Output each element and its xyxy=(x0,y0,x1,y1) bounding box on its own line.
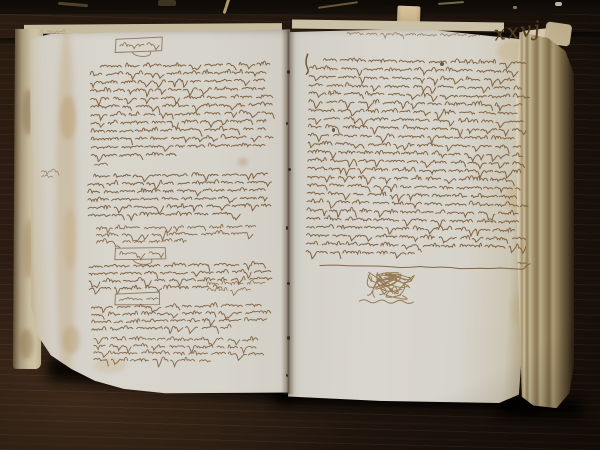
gutter-speck xyxy=(287,70,290,74)
photograph-of-open-manuscript: xxvj xyxy=(0,0,600,450)
gutter-speck xyxy=(286,374,288,377)
stain xyxy=(62,326,80,354)
stain xyxy=(94,358,126,373)
gutter-speck xyxy=(286,226,288,230)
ink-fleck xyxy=(440,62,444,66)
ink-fleck xyxy=(332,128,335,132)
gutter-speck xyxy=(287,336,290,340)
right-page xyxy=(288,26,528,406)
stain xyxy=(64,208,76,270)
left-page xyxy=(30,28,290,394)
book-gutter xyxy=(281,30,295,394)
gutter-speck xyxy=(288,168,291,171)
moss-debris xyxy=(158,0,176,6)
gutter-speck xyxy=(286,122,288,125)
fore-edge-page-stack xyxy=(516,32,574,410)
gutter-speck xyxy=(287,282,290,285)
stain xyxy=(238,158,248,166)
twig-debris xyxy=(58,2,88,8)
stain xyxy=(19,329,33,359)
stain xyxy=(60,96,76,140)
